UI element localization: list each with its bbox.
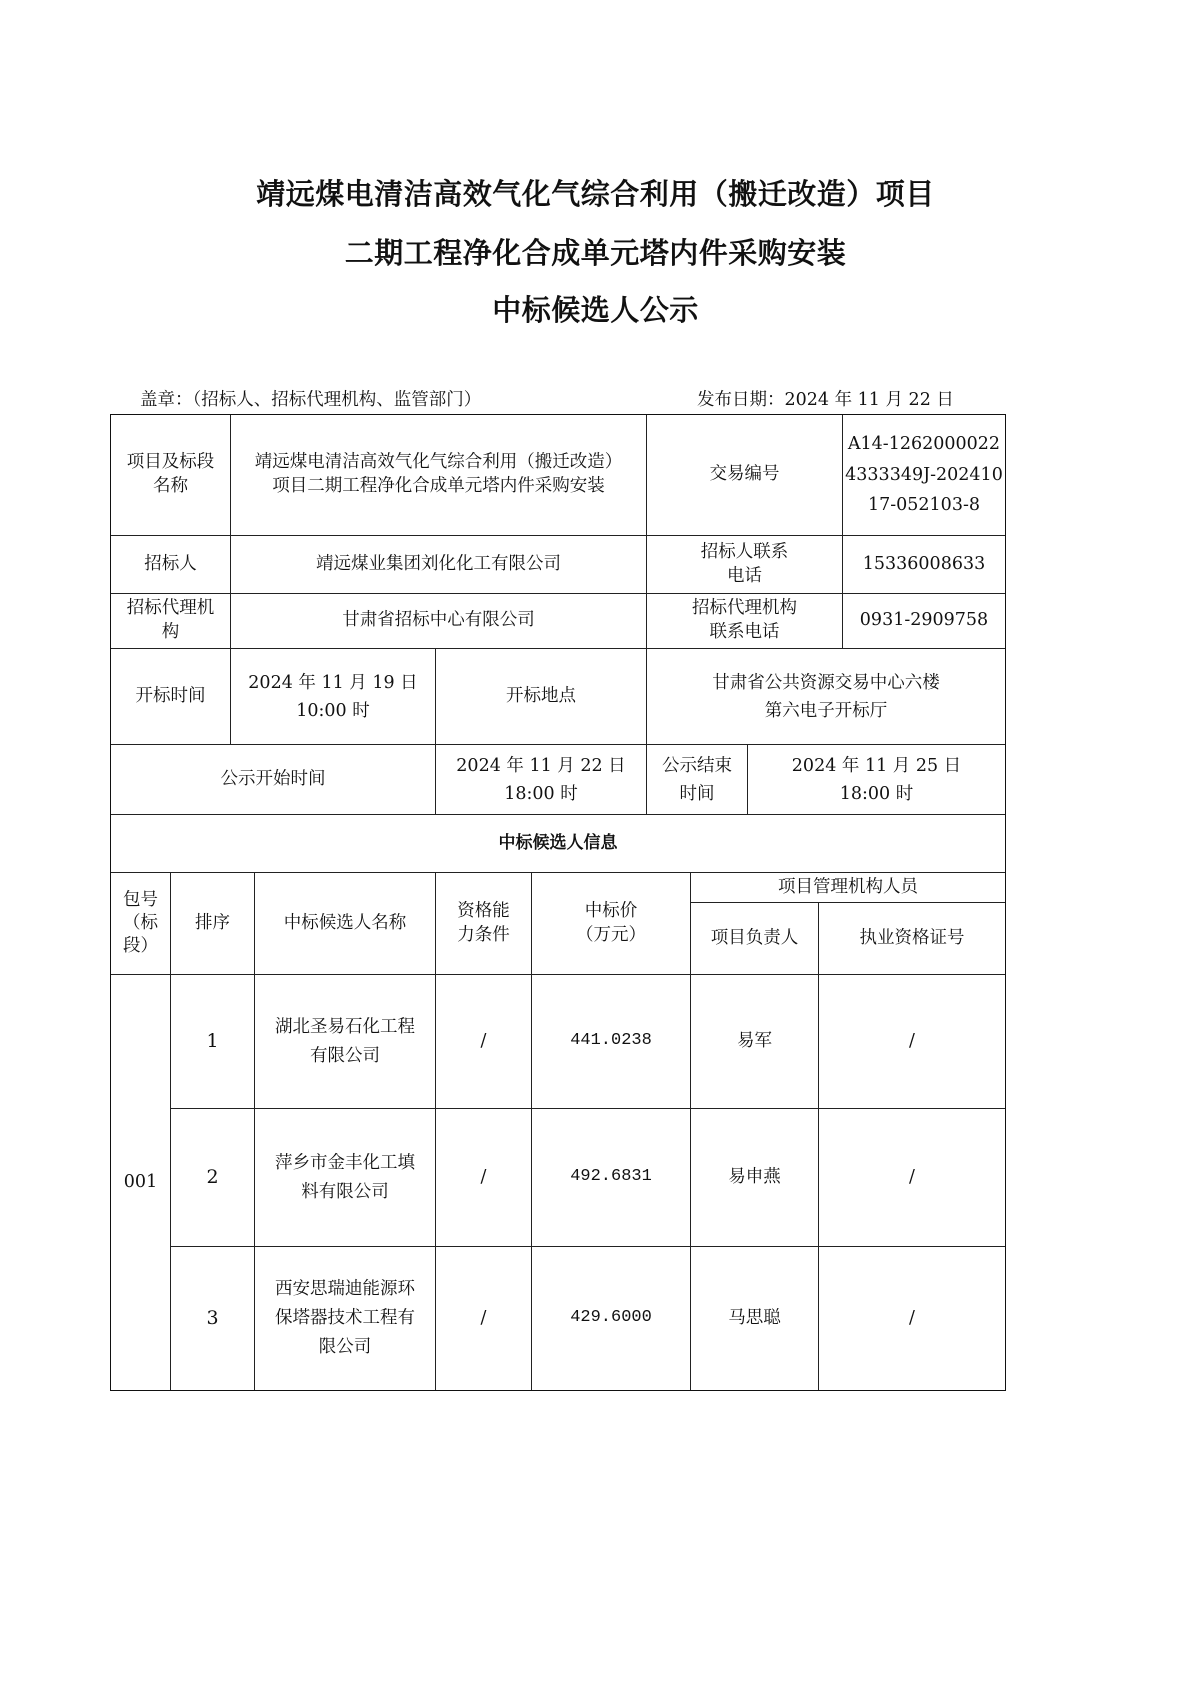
- candidate-3-pm: 马思聪: [690, 1246, 819, 1391]
- header-rank-text: 排序: [195, 912, 230, 936]
- agency-name: 甘肃省招标中心有限公司: [342, 609, 535, 633]
- header-pm-group-text: 项目管理机构人员: [778, 876, 918, 900]
- project-name-cell: 靖远煤电清洁高效气化气综合利用（搬迁改造）项目二期工程净化合成单元塔内件采购安装: [230, 414, 647, 536]
- title-line-3: 中标候选人公示: [0, 288, 1191, 329]
- qualification-text: /: [481, 1307, 487, 1331]
- candidate-name-line: 限公司: [275, 1333, 415, 1362]
- candidate-3-name: 西安思瑞迪能源环保塔器技术工程有限公司: [254, 1246, 436, 1391]
- title-line-2: 二期工程净化合成单元塔内件采购安装: [0, 231, 1191, 272]
- candidate-1-qualification: /: [435, 974, 532, 1109]
- tenderer-phone-label-line: 电话: [701, 565, 789, 589]
- open-place-cell: 甘肃省公共资源交易中心六楼第六电子开标厅: [646, 648, 1006, 745]
- header-price-line: （万元）: [576, 924, 646, 948]
- notice-end-label-line: 公示结束: [662, 752, 732, 780]
- tenderer-label: 招标人: [144, 553, 197, 577]
- open-place-line: 甘肃省公共资源交易中心六楼: [712, 669, 940, 697]
- tenderer-phone-label-cell: 招标人联系电话: [646, 535, 843, 594]
- agency-label-line: 构: [127, 621, 215, 645]
- notice-start-hour: 18:00 时: [456, 780, 625, 808]
- notice-start-label-cell: 公示开始时间: [110, 744, 436, 815]
- open-time-hour: 10:00 时: [248, 697, 417, 725]
- header-qualification-line: 力条件: [457, 924, 510, 948]
- trade-no-label: 交易编号: [710, 463, 780, 487]
- open-time-label: 开标时间: [136, 685, 206, 709]
- cert-text: /: [909, 1307, 915, 1331]
- notice-start-date: 2024 年 11 月 22 日: [456, 752, 625, 780]
- pm-text: 易军: [737, 1030, 772, 1054]
- header-pm-text: 项目负责人: [711, 927, 799, 951]
- cert-text: /: [909, 1166, 915, 1190]
- cert-text: /: [909, 1030, 915, 1054]
- agency-label-cell: 招标代理机构: [110, 593, 231, 649]
- tenderer-phone-label-line: 招标人联系: [701, 541, 789, 565]
- header-cert: 执业资格证号: [818, 902, 1006, 975]
- open-time-date: 2024 年 11 月 19 日: [248, 669, 417, 697]
- candidate-name-line: 保塔器技术工程有: [275, 1304, 415, 1333]
- header-package-line: 包号: [123, 889, 158, 912]
- qualification-text: /: [481, 1166, 487, 1190]
- candidate-name-line: 料有限公司: [275, 1178, 415, 1207]
- candidate-name-line: 有限公司: [275, 1042, 415, 1071]
- package-no: 001: [124, 1171, 157, 1195]
- open-time-cell: 2024 年 11 月 19 日10:00 时: [230, 648, 436, 745]
- project-name-line: 项目二期工程净化合成单元塔内件采购安装: [255, 475, 623, 499]
- notice-start-cell: 2024 年 11 月 22 日18:00 时: [435, 744, 647, 815]
- package-no-cell: 001: [110, 974, 171, 1391]
- header-qualification-line: 资格能: [457, 900, 510, 924]
- candidate-name-line: 西安思瑞迪能源环: [275, 1275, 415, 1304]
- publish-date: 发布日期：2024 年 11 月 22 日: [697, 386, 954, 411]
- agency-label-line: 招标代理机: [127, 597, 215, 621]
- price-text: 492.6831: [570, 1166, 652, 1189]
- candidate-3-qualification: /: [435, 1246, 532, 1391]
- header-price: 中标价（万元）: [531, 872, 691, 975]
- header-cert-text: 执业资格证号: [860, 927, 965, 951]
- trade-no-line: 4333349J-202410: [845, 460, 1003, 491]
- header-package-line: 段）: [123, 935, 158, 958]
- trade-no-cell: A14-12620000224333349J-20241017-052103-8: [842, 414, 1006, 536]
- candidate-1-cert: /: [818, 974, 1006, 1109]
- agency-phone-label-line: 招标代理机构: [692, 597, 797, 621]
- open-time-label-cell: 开标时间: [110, 648, 231, 745]
- candidate-2-pm: 易申燕: [690, 1108, 819, 1247]
- candidate-1-price: 441.0238: [531, 974, 691, 1109]
- qualification-text: /: [481, 1030, 487, 1054]
- candidate-3-price: 429.6000: [531, 1246, 691, 1391]
- candidate-1-rank: 1: [170, 974, 255, 1109]
- pm-text: 易申燕: [728, 1166, 781, 1190]
- agency-phone-label-cell: 招标代理机构联系电话: [646, 593, 843, 649]
- agency-phone: 0931-2909758: [860, 609, 988, 633]
- rank-text: 2: [206, 1165, 218, 1191]
- notice-end-date: 2024 年 11 月 25 日: [792, 752, 961, 780]
- agency-phone-label-line: 联系电话: [692, 621, 797, 645]
- pm-text: 马思聪: [728, 1307, 781, 1331]
- header-package: 包号（标段）: [110, 872, 171, 975]
- project-name-line: 靖远煤电清洁高效气化气综合利用（搬迁改造）: [255, 451, 623, 475]
- tenderer-phone-cell: 15336008633: [842, 535, 1006, 594]
- tenderer-label-cell: 招标人: [110, 535, 231, 594]
- tenderer-phone: 15336008633: [863, 553, 985, 577]
- candidate-2-name: 萍乡市金丰化工填料有限公司: [254, 1108, 436, 1247]
- project-label-line: 名称: [127, 475, 215, 499]
- candidates-section-title: 中标候选人信息: [110, 814, 1006, 873]
- trade-no-line: A14-1262000022: [845, 429, 1003, 460]
- notice-end-hour: 18:00 时: [792, 780, 961, 808]
- project-label-line: 项目及标段: [127, 451, 215, 475]
- header-pm-group: 项目管理机构人员: [690, 872, 1006, 903]
- candidate-3-cert: /: [818, 1246, 1006, 1391]
- agency-cell: 甘肃省招标中心有限公司: [230, 593, 647, 649]
- project-label-cell: 项目及标段名称: [110, 414, 231, 536]
- price-text: 429.6000: [570, 1307, 652, 1330]
- notice-end-cell: 2024 年 11 月 25 日18:00 时: [747, 744, 1006, 815]
- open-place-label: 开标地点: [506, 685, 576, 709]
- candidate-1-name: 湖北圣易石化工程有限公司: [254, 974, 436, 1109]
- section-title-text: 中标候选人信息: [499, 832, 618, 855]
- notice-end-label-line: 时间: [662, 780, 732, 808]
- open-place-line: 第六电子开标厅: [712, 697, 940, 725]
- agency-phone-cell: 0931-2909758: [842, 593, 1006, 649]
- tenderer-cell: 靖远煤业集团刘化化工有限公司: [230, 535, 647, 594]
- open-place-label-cell: 开标地点: [435, 648, 647, 745]
- candidate-2-price: 492.6831: [531, 1108, 691, 1247]
- header-pm: 项目负责人: [690, 902, 819, 975]
- header-name: 中标候选人名称: [254, 872, 436, 975]
- rank-text: 1: [206, 1029, 218, 1055]
- header-qualification: 资格能力条件: [435, 872, 532, 975]
- rank-text: 3: [206, 1306, 218, 1332]
- header-rank: 排序: [170, 872, 255, 975]
- candidate-3-rank: 3: [170, 1246, 255, 1391]
- candidate-name-line: 湖北圣易石化工程: [275, 1013, 415, 1042]
- header-package-line: （标: [123, 912, 158, 935]
- notice-start-label: 公示开始时间: [221, 768, 326, 792]
- trade-no-line: 17-052103-8: [845, 490, 1003, 521]
- title-line-1: 靖远煤电清洁高效气化气综合利用（搬迁改造）项目: [0, 172, 1191, 213]
- notice-end-label-cell: 公示结束时间: [646, 744, 748, 815]
- trade-no-label-cell: 交易编号: [646, 414, 843, 536]
- header-price-line: 中标价: [576, 900, 646, 924]
- candidate-1-pm: 易军: [690, 974, 819, 1109]
- price-text: 441.0238: [570, 1030, 652, 1053]
- candidate-name-line: 萍乡市金丰化工填: [275, 1149, 415, 1178]
- candidate-2-rank: 2: [170, 1108, 255, 1247]
- header-name-text: 中标候选人名称: [284, 912, 407, 936]
- candidate-2-qualification: /: [435, 1108, 532, 1247]
- stamp-label: 盖章：（招标人、招标代理机构、监管部门）: [140, 386, 481, 411]
- tenderer-name: 靖远煤业集团刘化化工有限公司: [316, 553, 561, 577]
- candidate-2-cert: /: [818, 1108, 1006, 1247]
